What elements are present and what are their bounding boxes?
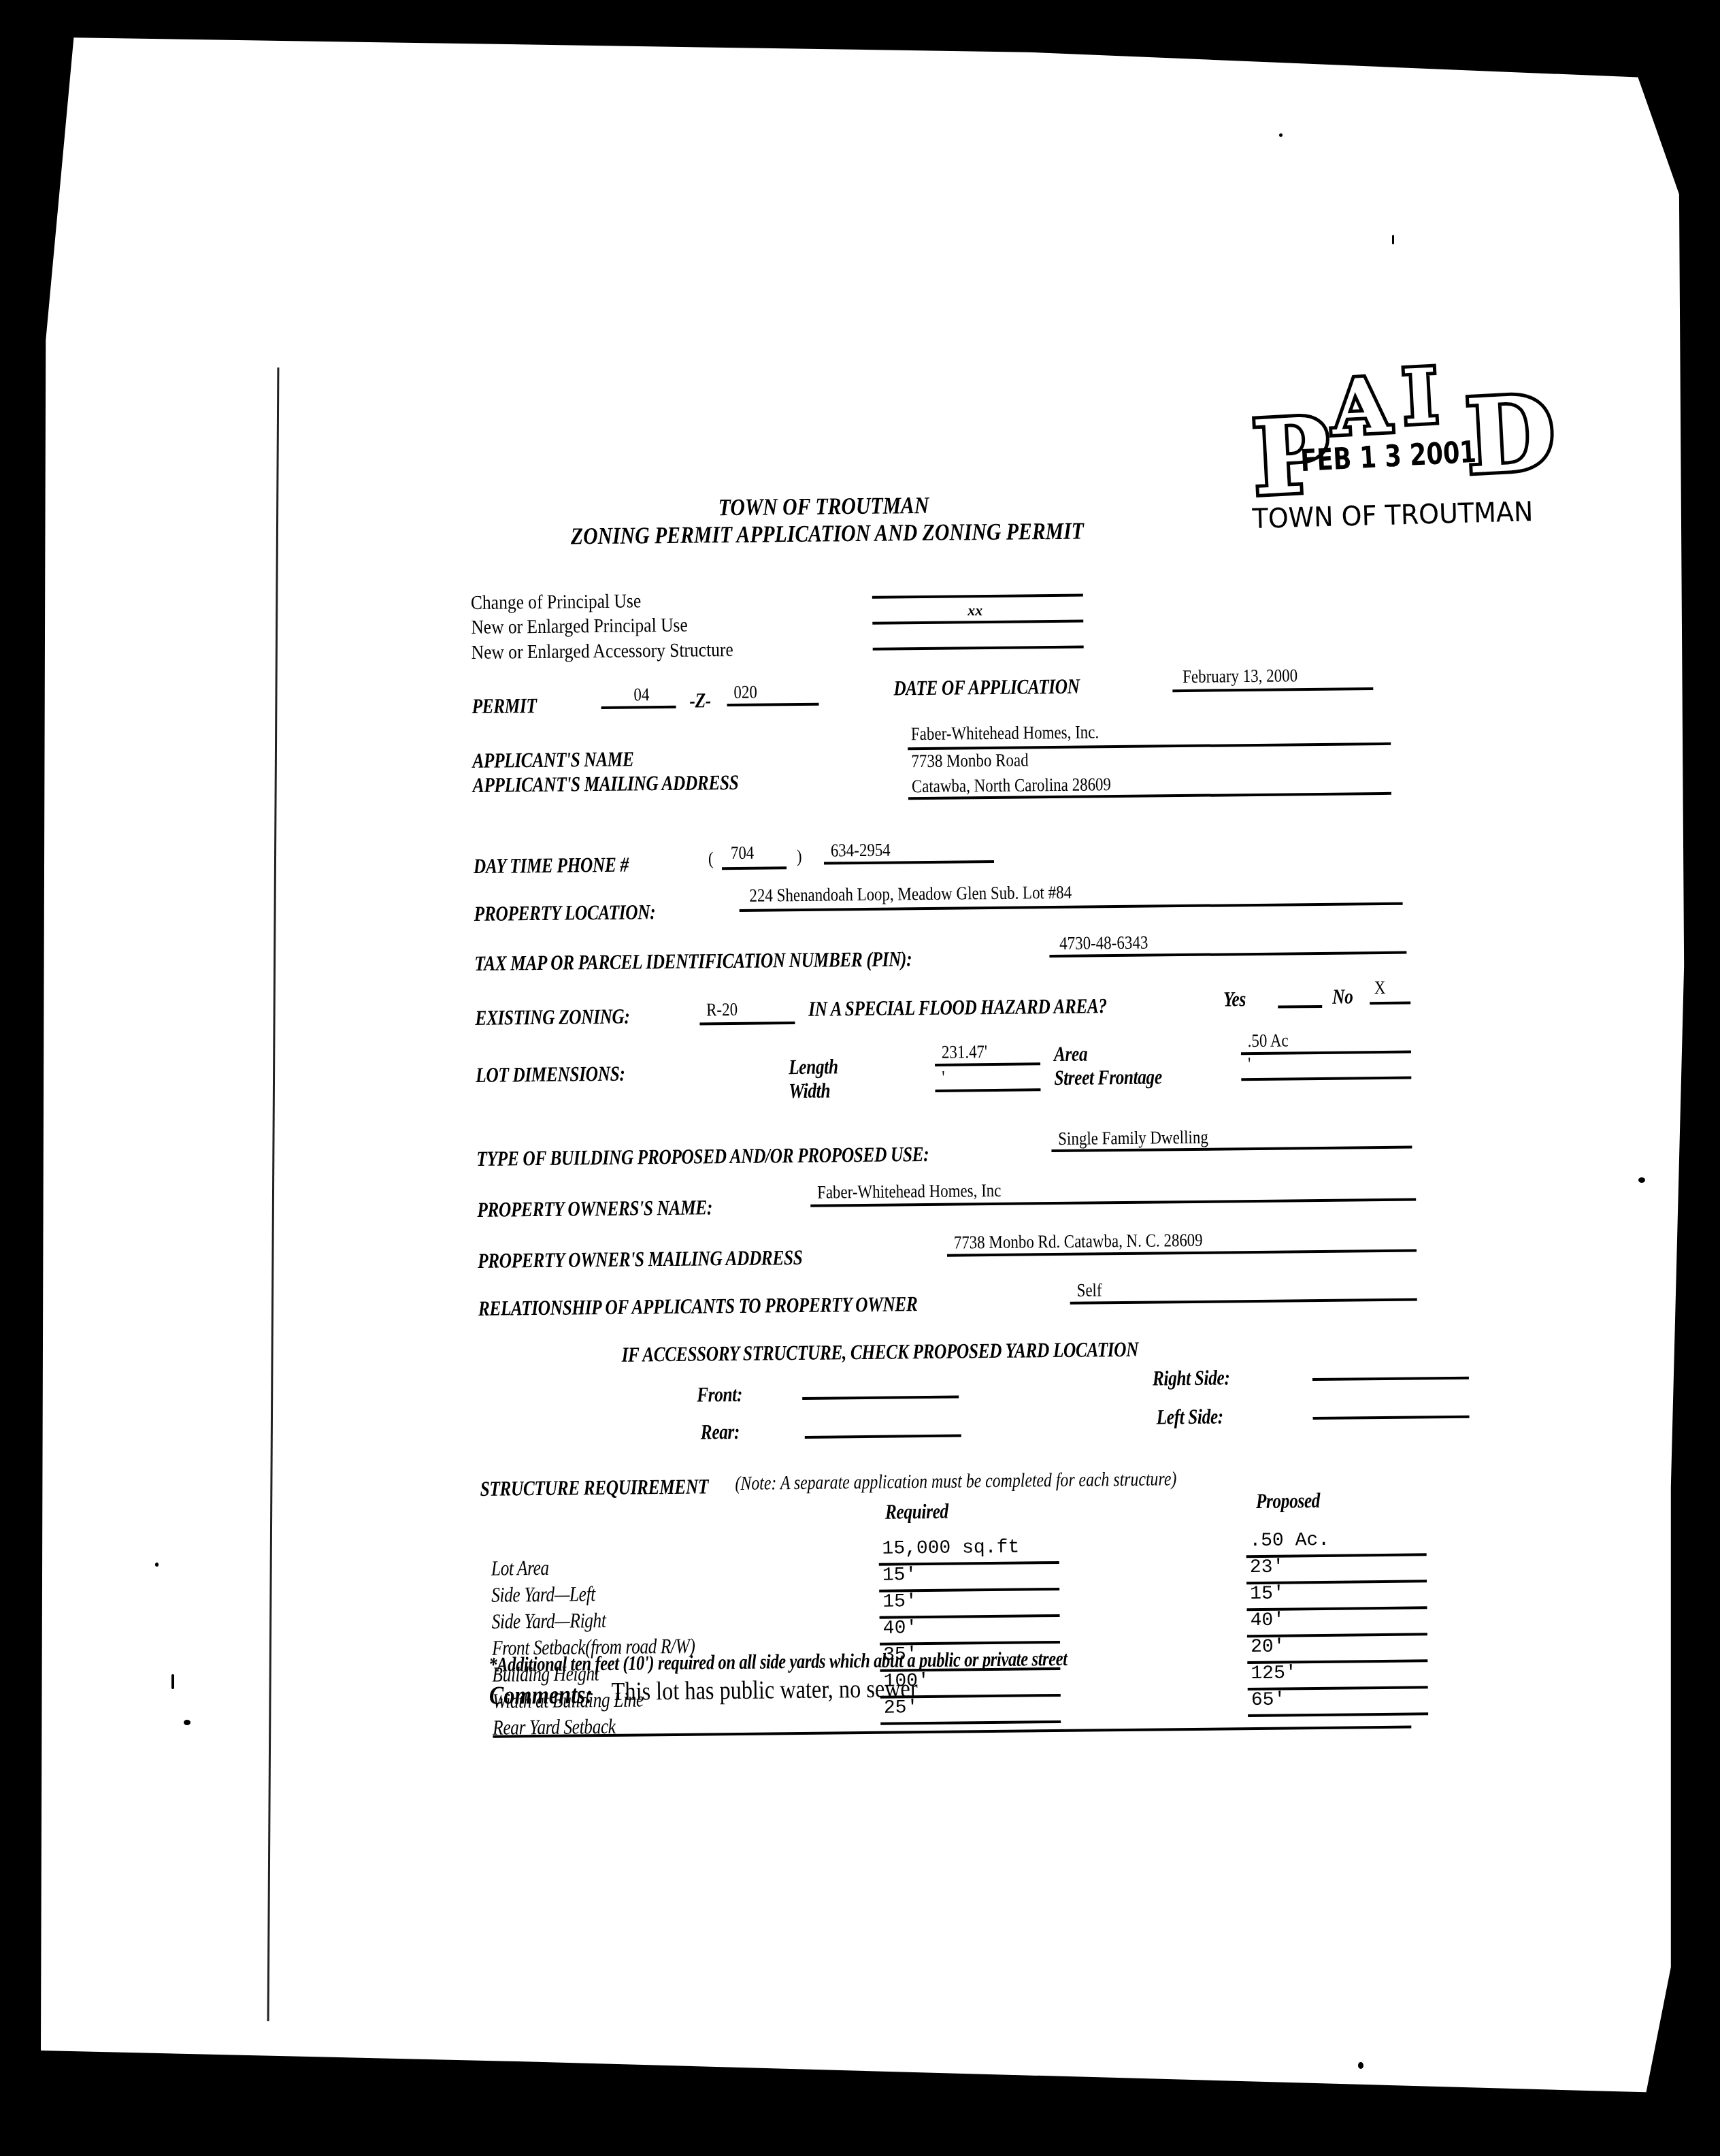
scan-speck xyxy=(1691,1696,1697,1701)
change-principal-use-field[interactable] xyxy=(872,594,1083,599)
accessory-structure-label: New or Enlarged Accessory Structure xyxy=(472,639,733,664)
phone-number[interactable]: 634-2954 xyxy=(831,840,891,862)
left-side-label: Left Side: xyxy=(1156,1404,1223,1429)
stamp-letter-d: D xyxy=(1463,373,1557,497)
required-header: Required xyxy=(885,1499,948,1524)
new-principal-use-field[interactable] xyxy=(872,620,1083,625)
lot-width-value[interactable]: ' xyxy=(942,1067,944,1088)
permit-part1[interactable]: 04 xyxy=(633,684,649,705)
structure-note: (Note: A separate application must be co… xyxy=(735,1468,1176,1495)
property-location-label: PROPERTY LOCATION: xyxy=(474,900,656,926)
change-principal-use-label: Change of Principal Use xyxy=(471,590,642,615)
phone-close-paren: ) xyxy=(797,846,802,867)
scan-speck xyxy=(1358,2062,1363,2069)
existing-zoning-value[interactable]: R-20 xyxy=(706,999,738,1020)
comments-underline xyxy=(493,1726,1411,1738)
structure-row-required[interactable]: 40' xyxy=(883,1618,918,1639)
lot-width-label: Width xyxy=(789,1078,830,1103)
phone-area-code[interactable]: 704 xyxy=(731,843,755,864)
stamp-letter-i: I xyxy=(1400,352,1440,442)
pin-value[interactable]: 4730-48-6343 xyxy=(1059,932,1148,954)
street-frontage-label: Street Frontage xyxy=(1054,1064,1162,1090)
proposed-header: Proposed xyxy=(1256,1488,1321,1514)
relationship-underline xyxy=(1070,1298,1417,1304)
comments-value[interactable]: This lot has public water, no sewer xyxy=(611,1673,917,1707)
lot-length-value[interactable]: 231.47' xyxy=(942,1041,988,1063)
zoning-permit-form: TOWN OF TROUTMAN ZONING PERMIT APPLICATI… xyxy=(469,466,1436,1858)
structure-row-required[interactable]: 15,000 sq.ft xyxy=(882,1537,1019,1560)
lot-length-label: Length xyxy=(789,1054,838,1079)
applicant-address-line1[interactable]: 7738 Monbo Road xyxy=(911,749,1028,772)
pin-label: TAX MAP OR PARCEL IDENTIFICATION NUMBER … xyxy=(474,947,912,976)
permit-separator: -Z- xyxy=(689,688,711,713)
flood-yes-field[interactable] xyxy=(1278,1005,1322,1009)
owner-address-label: PROPERTY OWNER'S MAILING ADDRESS xyxy=(478,1245,803,1273)
structure-row-required[interactable]: 15' xyxy=(882,1565,917,1586)
flood-no-value[interactable]: X xyxy=(1374,977,1386,998)
structure-row-proposed[interactable]: 65' xyxy=(1251,1690,1286,1712)
applicant-address-line2[interactable]: Catawba, North Carolina 28609 xyxy=(912,774,1112,797)
zoning-underline xyxy=(699,1022,795,1025)
required-underline xyxy=(880,1720,1061,1725)
accessory-structure-field[interactable] xyxy=(873,646,1084,651)
phone-label: DAY TIME PHONE # xyxy=(474,853,629,879)
scan-speck xyxy=(171,1674,174,1689)
lot-area-label: Area xyxy=(1054,1042,1088,1067)
applicant-address-label: APPLICANT'S MAILING ADDRESS xyxy=(473,770,739,798)
owner-name-label: PROPERTY OWNERS'S NAME: xyxy=(477,1195,712,1222)
proposed-underline xyxy=(1248,1712,1428,1717)
comments-label: Comments: xyxy=(489,1680,593,1711)
applicant-name-value[interactable]: Faber-Whitehead Homes, Inc. xyxy=(911,721,1099,745)
structure-row-proposed[interactable]: 20' xyxy=(1251,1637,1285,1659)
permit-part1-underline xyxy=(601,706,676,709)
scan-speck xyxy=(155,1563,159,1567)
scan-speck xyxy=(1392,235,1394,244)
date-of-application-label: DATE OF APPLICATION xyxy=(893,674,1080,701)
scan-speck xyxy=(1638,1177,1645,1183)
street-frontage-value[interactable]: ' xyxy=(1248,1053,1251,1075)
property-location-value[interactable]: 224 Shenandoah Loop, Meadow Glen Sub. Lo… xyxy=(749,882,1072,906)
flood-hazard-label: IN A SPECIAL FLOOD HAZARD AREA? xyxy=(808,994,1107,1022)
scan-speck xyxy=(184,1720,191,1725)
lot-dimensions-label: LOT DIMENSIONS: xyxy=(476,1062,625,1088)
front-yard-field[interactable] xyxy=(802,1396,959,1400)
accessory-heading: IF ACCESSORY STRUCTURE, CHECK PROPOSED Y… xyxy=(621,1337,1138,1367)
building-use-label: TYPE OF BUILDING PROPOSED AND/OR PROPOSE… xyxy=(476,1142,929,1171)
structure-row-label: Lot Area xyxy=(491,1556,549,1581)
flood-no-label: No xyxy=(1332,984,1353,1009)
right-side-label: Right Side: xyxy=(1153,1365,1230,1390)
lot-area-value[interactable]: .50 Ac xyxy=(1248,1030,1289,1051)
owner-name-value[interactable]: Faber-Whitehead Homes, Inc xyxy=(817,1180,1002,1203)
permit-part2-underline xyxy=(727,703,819,706)
lot-width-underline xyxy=(935,1088,1040,1092)
street-frontage-underline xyxy=(1241,1077,1411,1081)
page-subtitle: ZONING PERMIT APPLICATION AND ZONING PER… xyxy=(523,517,1131,551)
stamp-letter-a: A xyxy=(1329,361,1392,451)
relationship-label: RELATIONSHIP OF APPLICANTS TO PROPERTY O… xyxy=(478,1292,918,1321)
structure-row-proposed[interactable]: 40' xyxy=(1251,1610,1285,1632)
date-of-application-value[interactable]: February 13, 2000 xyxy=(1182,665,1297,687)
structure-row-proposed[interactable]: .50 Ac. xyxy=(1249,1530,1329,1552)
scan-speck xyxy=(1279,133,1283,137)
area-code-underline xyxy=(722,866,787,870)
lot-length-underline xyxy=(935,1062,1040,1066)
structure-row-proposed[interactable]: 15' xyxy=(1250,1584,1285,1605)
relationship-value[interactable]: Self xyxy=(1076,1279,1102,1301)
structure-row-label: Side Yard—Right xyxy=(491,1608,606,1634)
flood-no-underline xyxy=(1370,1002,1410,1005)
owner-address-value[interactable]: 7738 Monbo Rd. Catawba, N. C. 28609 xyxy=(954,1230,1203,1254)
date-underline xyxy=(1172,687,1373,692)
structure-row-proposed[interactable]: 125' xyxy=(1251,1663,1297,1684)
structure-row-label: Side Yard—Left xyxy=(491,1582,595,1607)
flood-yes-label: Yes xyxy=(1223,987,1246,1011)
new-principal-use-label: New or Enlarged Principal Use xyxy=(471,615,688,639)
phone-open-paren: ( xyxy=(708,848,714,869)
page-title: TOWN OF TROUTMAN xyxy=(638,491,1008,523)
structure-row-proposed[interactable]: 23' xyxy=(1250,1557,1285,1579)
rear-yard-field[interactable] xyxy=(805,1435,961,1439)
rear-yard-label: Rear: xyxy=(701,1420,740,1445)
front-yard-label: Front: xyxy=(697,1382,742,1407)
permit-part2[interactable]: 020 xyxy=(733,682,757,703)
permit-label: PERMIT xyxy=(472,693,536,719)
structure-row-required[interactable]: 15' xyxy=(882,1591,917,1613)
applicant-name-label: APPLICANT'S NAME xyxy=(472,747,633,772)
existing-zoning-label: EXISTING ZONING: xyxy=(475,1004,630,1030)
structure-heading: STRUCTURE REQUIREMENT xyxy=(480,1474,708,1501)
building-use-value[interactable]: Single Family Dwelling xyxy=(1058,1127,1208,1149)
new-principal-use-value[interactable]: xx xyxy=(967,602,982,619)
